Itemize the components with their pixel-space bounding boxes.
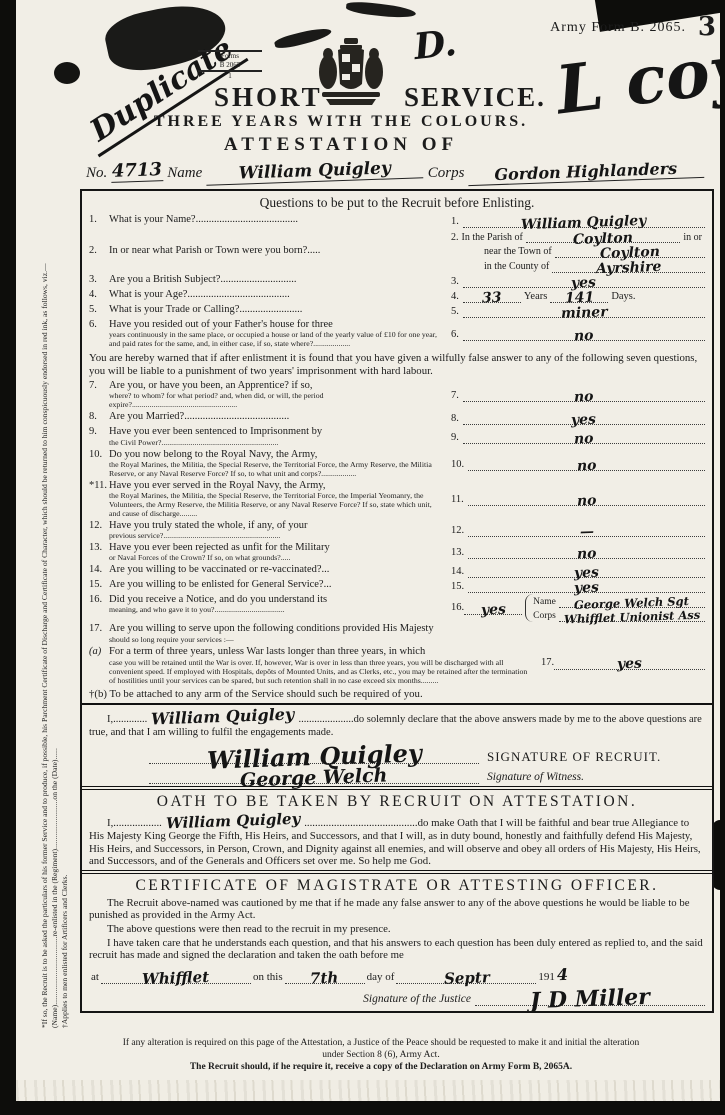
question-number: 12. <box>89 520 109 532</box>
royal-coat-of-arms-icon <box>318 36 384 108</box>
question-smallprint: should so long require your services :— <box>109 636 533 645</box>
film-edge-bottom <box>0 1101 725 1115</box>
question-number: 9. <box>89 426 109 438</box>
answer-value: yes <box>571 415 596 427</box>
answer-number: 12. <box>451 525 464 537</box>
question-number: 5. <box>89 304 109 316</box>
question-row-9: 9.Have you ever been sentenced to Impris… <box>89 426 705 447</box>
question-row-1: 1.What is your Name?....................… <box>89 214 705 228</box>
question-smallprint: where? to whom? for what period? and, wh… <box>109 392 443 410</box>
oath-prefix: I,.................. <box>89 817 162 829</box>
service-number-value: 4713 <box>111 159 164 183</box>
oath-paragraph: I,..................William Quigley.....… <box>89 813 705 868</box>
question-row-10: 10.Do you now belong to the Royal Navy, … <box>89 449 705 479</box>
answer-number: 10. <box>451 459 464 471</box>
answer-number: 8. <box>451 413 459 425</box>
question-row-6: 6.Have you resided out of your Father's … <box>89 319 705 349</box>
corps-value: Gordon Highlanders <box>468 158 704 186</box>
question-number: 8. <box>89 411 109 423</box>
recruit-identity-line: No. 4713 Name William Quigley Corps Gord… <box>82 160 704 182</box>
question-row-15: 15.Are you willing to be enlisted for Ge… <box>89 579 705 593</box>
handwritten-d: D. <box>412 22 459 68</box>
declaration-name-value: William Quigley <box>151 706 295 730</box>
question-text: Are you willing to be enlisted for Gener… <box>109 579 331 590</box>
section-divider <box>82 703 712 705</box>
question-row-11: *11.Have you ever served in the Royal Na… <box>89 480 705 519</box>
question-row-14: 14.Are you willing to be vaccinated or r… <box>89 564 705 578</box>
question-text: Are you Married?........................… <box>109 411 289 422</box>
questions-form-box: Questions to be put to the Recruit befor… <box>80 189 714 1013</box>
handwritten-company: L coy <box>552 29 720 130</box>
section-divider <box>82 786 712 790</box>
justice-signature-label: Signature of the Justice <box>363 993 471 1006</box>
footnote-line: If any alteration is required on this pa… <box>56 1038 706 1050</box>
question-number: *11. <box>89 480 109 492</box>
footnote-line: The Recruit should, if he require it, re… <box>56 1062 706 1074</box>
question-text: Are you willing to serve upon the follow… <box>109 623 434 634</box>
question-row-12: 12.Have you truly stated the whole, if a… <box>89 520 705 541</box>
county-label: in the County of <box>484 261 549 273</box>
title-short: SHORT <box>214 82 323 113</box>
answer-value: no <box>576 496 596 508</box>
false-answer-warning: You are hereby warned that if after enli… <box>89 352 705 377</box>
notice-corps-label: Corps <box>533 611 556 622</box>
day-of-label: day of <box>367 971 395 984</box>
question-smallprint: or Naval Forces of the Crown? If so, on … <box>109 554 443 563</box>
day-value: 7th <box>310 972 339 985</box>
notice-name-label: Name <box>533 597 556 608</box>
question-row-13: 13.Have you ever been rejected as unfit … <box>89 542 705 563</box>
answer-value: William Quigley <box>521 215 647 231</box>
question-row-3: 3.Are you a British Subject?............… <box>89 274 705 288</box>
years-label: Years <box>524 291 547 303</box>
question-row-7: 7.Are you, or have you been, an Apprenti… <box>89 380 705 410</box>
question-smallprint: the Royal Marines, the Militia, the Spec… <box>109 492 443 519</box>
in-or-label: in or <box>683 232 702 244</box>
answer-value: no <box>574 331 594 343</box>
answer-number: 11. <box>451 494 464 506</box>
left-margin-notes: *If so, the Recruit is to be asked the p… <box>40 190 70 1028</box>
form-number: Army Form B. 2065. <box>550 20 686 36</box>
answer-number: 7. <box>451 390 459 402</box>
justice-signature-value: J D Miller <box>530 989 650 1011</box>
question-text: Are you willing to be vaccinated or re-v… <box>109 564 329 575</box>
question-row-4: 4.What is your Age?.....................… <box>89 289 705 303</box>
ink-blot <box>54 62 80 84</box>
question-text: Have you resided out of your Father's ho… <box>109 319 333 330</box>
answer-number: 14. <box>451 566 464 578</box>
certificate-paragraph-1: The Recruit above-named was cautioned by… <box>89 897 705 922</box>
at-label: at <box>91 971 99 984</box>
answer-number: 13. <box>451 547 464 559</box>
question-number: 4. <box>89 289 109 301</box>
answer-value: yes <box>571 277 596 289</box>
name-label: Name <box>167 165 202 182</box>
recruit-signature-row: William Quigley SIGNATURE OF RECRUIT. <box>89 741 705 764</box>
clause-a-label: (a) <box>89 646 109 658</box>
question-text: Do you now belong to the Royal Navy, the… <box>109 449 317 460</box>
question-number: 17. <box>89 623 109 635</box>
question-number: 14. <box>89 564 109 576</box>
question-text: Have you ever been sentenced to Imprison… <box>109 426 322 437</box>
parish-label: In the Parish of <box>462 232 523 244</box>
on-this-label: on this <box>253 971 283 984</box>
answer-number: 5. <box>451 306 459 318</box>
margin-note-2: †Applies to men enlisted for Artificers … <box>60 190 70 1028</box>
age-days-value: 141 <box>565 292 595 304</box>
age-years-value: 33 <box>482 292 502 304</box>
clause-a-smallprint: case you will be retained until the War … <box>109 659 533 686</box>
town-label: near the Town of <box>484 246 552 258</box>
question-smallprint: the Royal Marines, the Militia, the Spec… <box>109 461 443 479</box>
stamp-line: 1 <box>228 72 232 80</box>
clause-b-text: †(b) To be attached to any arm of the Se… <box>89 688 705 701</box>
question-text: What is your Age?.......................… <box>109 289 290 300</box>
title-service: SERVICE. <box>404 82 546 113</box>
answer-number: 2. <box>451 232 459 244</box>
answer-number: 3. <box>451 276 459 288</box>
place-value: Whifflet <box>142 971 210 985</box>
question-number: 1. <box>89 214 109 226</box>
justice-signature-row: Signature of the Justice J D Miller <box>89 986 705 1006</box>
question-number: 7. <box>89 380 109 392</box>
answer-value: no <box>574 434 594 446</box>
stamp-line: B 2065 <box>198 61 262 72</box>
forms-stamp: Forms B 2065 1 <box>198 50 262 81</box>
certificate-paragraph-2: The above questions were then read to th… <box>89 923 705 936</box>
section-divider <box>82 870 712 874</box>
clause-a-text: For a term of three years, unless War la… <box>109 646 425 657</box>
question-text: Are you a British Subject?..............… <box>109 274 297 285</box>
question-number: 13. <box>89 542 109 554</box>
answer-value: yes <box>480 605 505 617</box>
witness-signature-label: Signature of Witness. <box>487 771 584 784</box>
stamp-line: Forms <box>221 52 239 60</box>
question-number: 10. <box>89 449 109 461</box>
answer-number: 1. <box>451 216 459 228</box>
certificate-heading: CERTIFICATE OF MAGISTRATE OR ATTESTING O… <box>89 877 705 895</box>
question-smallprint: years continuously in the same place, or… <box>109 331 443 349</box>
days-label: Days. <box>611 291 635 303</box>
document-page: Army Form B. 2065. 3 Duplicate Forms B 2… <box>16 0 720 1102</box>
answer-value: no <box>577 460 597 472</box>
question-number: 6. <box>89 319 109 331</box>
page-footnotes: If any alteration is required on this pa… <box>56 1038 706 1074</box>
oath-heading: OATH TO BE TAKEN BY RECRUIT ON ATTESTATI… <box>89 793 705 811</box>
question-smallprint: meaning, and who gave it to you?........… <box>109 606 443 615</box>
question-number: 3. <box>89 274 109 286</box>
answer-value: yes <box>574 568 599 580</box>
page-bottom-texture <box>16 1080 720 1102</box>
attestation-place-date-line: at Whifflet on this 7th day of Septr 191… <box>89 966 705 985</box>
answer-number: 15. <box>451 581 464 593</box>
answer-value: no <box>574 392 594 404</box>
notice-giver-block: NameGeorge Welch Sgt CorpsWhifflet Union… <box>525 594 705 622</box>
question-text: In or near what Parish or Town were you … <box>109 245 320 256</box>
recruit-name-value: William Quigley <box>206 157 424 186</box>
question-text: Have you ever served in the Royal Navy, … <box>109 480 325 491</box>
no-label: No. <box>86 165 107 182</box>
question-text: Did you receive a Notice, and do you und… <box>109 594 327 605</box>
footnote-line: under Section 8 (6), Army Act. <box>56 1050 706 1062</box>
question-text: Are you, or have you been, an Apprentice… <box>109 380 313 391</box>
answer-number: 16. <box>451 602 464 614</box>
question-number: 15. <box>89 579 109 591</box>
question-smallprint: the Civil Power?........................… <box>109 439 443 448</box>
question-row-8: 8.Are you Married?......................… <box>89 411 705 425</box>
month-value: Septr <box>443 972 489 986</box>
question-text: Have you truly stated the whole, if any,… <box>109 520 307 531</box>
ink-smudge <box>346 0 417 19</box>
answer-value: — <box>579 527 593 539</box>
answer-number: 9. <box>451 432 459 444</box>
corps-label: Corps <box>428 165 465 182</box>
question-text: What is your Trade or Calling?..........… <box>109 304 302 315</box>
answer-value: yes <box>574 583 599 595</box>
question-row-16: 16.Did you receive a Notice, and do you … <box>89 594 705 622</box>
answer-value: miner <box>560 307 607 320</box>
question-text: Have you ever been rejected as unfit for… <box>109 542 330 553</box>
witness-signature-row: George Welch Signature of Witness. <box>89 766 705 784</box>
recruit-signature-label: SIGNATURE OF RECRUIT. <box>487 749 661 764</box>
question-number: 16. <box>89 594 109 606</box>
year-prefix: 191 <box>538 971 555 984</box>
question-number: 2. <box>89 245 109 257</box>
certificate-paragraph-3: I have taken care that he understands ea… <box>89 937 705 962</box>
answer-number: 6. <box>451 329 459 341</box>
answer-value: no <box>577 549 597 561</box>
question-smallprint: previous service?.......................… <box>109 532 443 541</box>
attestation-heading: ATTESTATION OF <box>116 134 566 156</box>
margin-note-1: *If so, the Recruit is to be asked the p… <box>40 263 59 1028</box>
questions-title: Questions to be put to the Recruit befor… <box>89 195 705 211</box>
question-row-2: 2.In or near what Parish or Town were yo… <box>89 229 705 273</box>
witness-signature-value: George Welch <box>240 768 388 788</box>
answer-number: 17. <box>541 657 554 669</box>
subtitle: THREE YEARS WITH THE COLOURS. <box>116 113 566 131</box>
question-text: What is your Name?......................… <box>109 214 298 225</box>
question-row-5: 5.What is your Trade or Calling?........… <box>89 304 705 318</box>
declaration-prefix: I,............. <box>89 714 147 726</box>
answer-number: 4. <box>451 291 459 303</box>
question-row-17: 17.Are you willing to serve upon the fol… <box>89 623 705 685</box>
answer-value: yes <box>617 659 642 671</box>
declaration-paragraph: I,.............William Quigley..........… <box>89 708 705 739</box>
year-value: 4 <box>557 965 569 984</box>
